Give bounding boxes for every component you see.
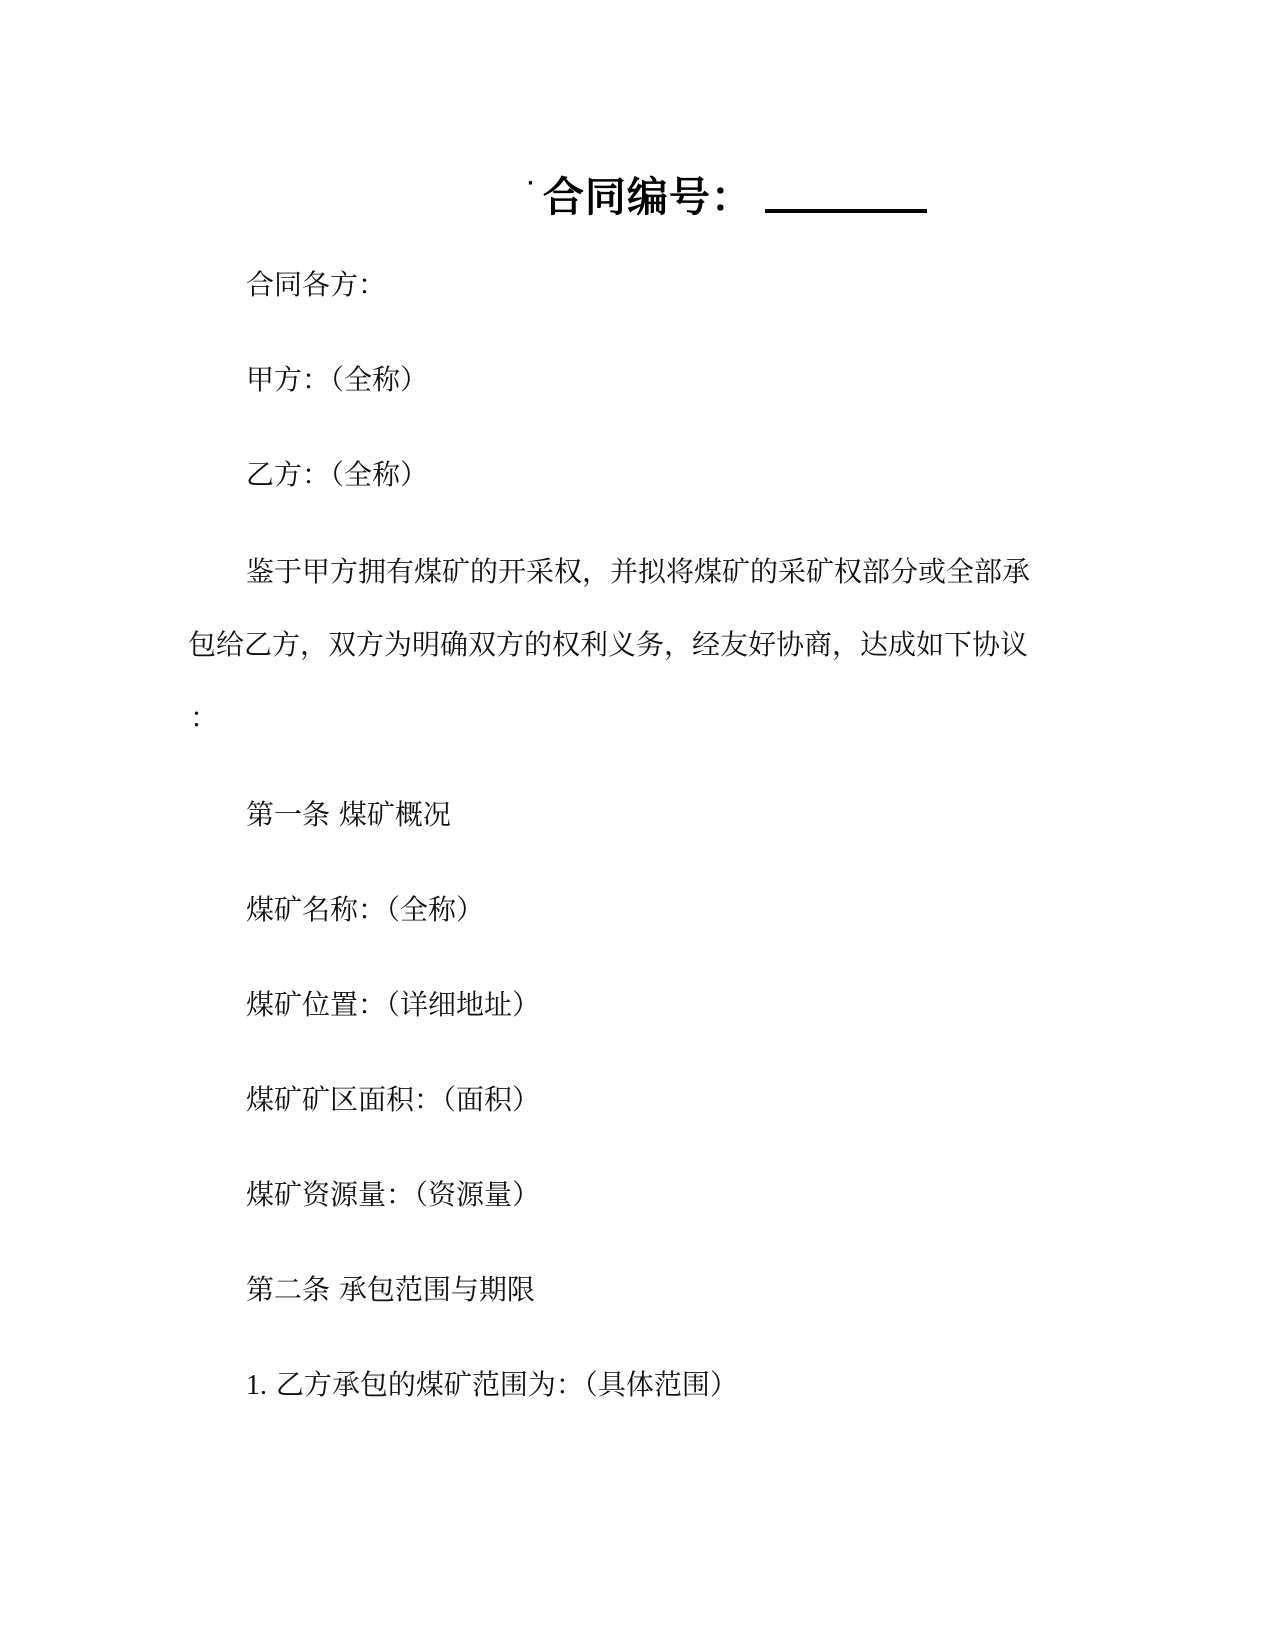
mine-location-line: 煤矿位置：（详细地址） xyxy=(246,988,540,1022)
parties-heading: 合同各方： xyxy=(246,268,386,302)
preamble-line-2: 包给乙方，双方为明确双方的权利义务，经友好协商，达成如下协议 xyxy=(188,628,1028,662)
party-b-line: 乙方：（全称） xyxy=(246,458,428,492)
mine-area-line: 煤矿矿区面积：（面积） xyxy=(246,1083,540,1117)
item-number: 1. xyxy=(246,1370,267,1401)
item-text: 乙方承包的煤矿范围为：（具体范围） xyxy=(276,1368,738,1401)
contract-number-blank xyxy=(765,209,927,213)
document-page: · 合同编号： 合同各方： 甲方：（全称） 乙方：（全称） 鉴于甲方拥有煤矿的开… xyxy=(0,0,1275,1650)
article-2-heading: 第二条 承包范围与期限 xyxy=(246,1273,535,1307)
contract-number-title: · 合同编号： xyxy=(527,163,927,223)
mine-name-line: 煤矿名称：（全称） xyxy=(246,893,484,927)
title-bullet-mark: · xyxy=(527,173,535,194)
preamble-line-3: ： xyxy=(190,701,218,735)
contract-number-label: 合同编号： xyxy=(543,164,753,223)
contract-scope-item-1: 1. 乙方承包的煤矿范围为：（具体范围） xyxy=(246,1368,738,1403)
party-a-line: 甲方：（全称） xyxy=(246,363,428,397)
preamble-line-1: 鉴于甲方拥有煤矿的开采权，并拟将煤矿的采矿权部分或全部承 xyxy=(246,555,1030,589)
mine-resources-line: 煤矿资源量：（资源量） xyxy=(246,1178,540,1212)
article-1-heading: 第一条 煤矿概况 xyxy=(246,798,451,832)
